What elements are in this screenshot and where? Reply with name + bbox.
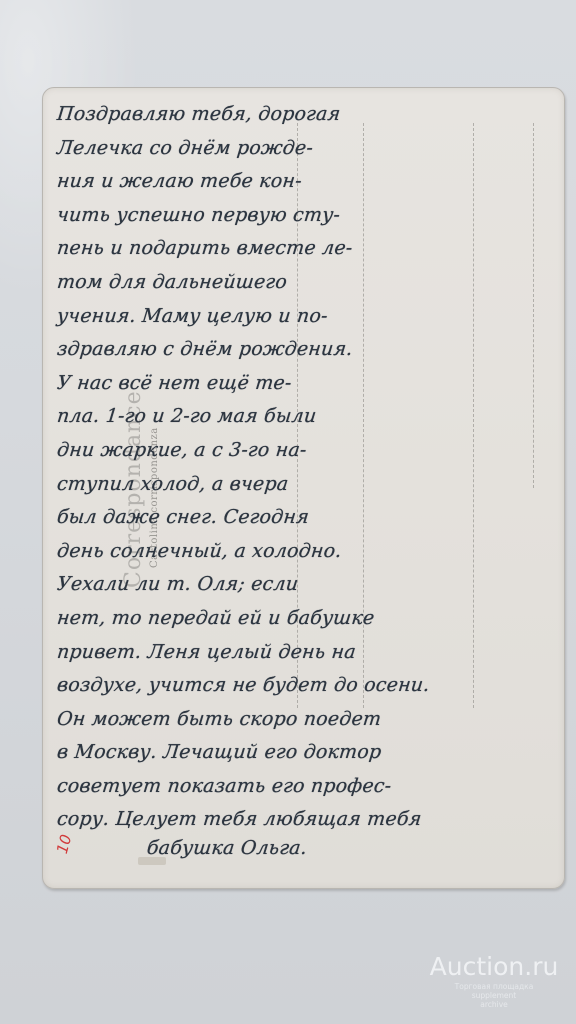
handwritten-line: бабушка Ольга. xyxy=(56,837,555,859)
handwritten-line: день солнечный, а холодно. xyxy=(55,535,556,569)
watermark-brand: Auction.ru xyxy=(416,952,572,982)
handwritten-line: в Москву. Лечащий его доктор xyxy=(55,736,556,770)
handwritten-line: У нас всё нет ещё те- xyxy=(55,367,556,401)
postcard: Correspondance Cartolina corrispondenza … xyxy=(42,87,565,889)
handwritten-line: ния и желаю тебе кон- xyxy=(55,165,556,199)
handwritten-line: пень и подарить вместе ле- xyxy=(55,232,556,266)
watermark-line-1: Торговая площадка xyxy=(416,982,572,991)
handwritten-line: нет, то передай ей и бабушке xyxy=(55,602,556,636)
handwritten-line: дни жаркие, а с 3-го на- xyxy=(55,434,556,468)
handwritten-line: сору. Целует тебя любящая тебя xyxy=(55,803,556,837)
handwritten-line: ступил холод, а вчера xyxy=(55,468,556,502)
handwritten-line: Поздравляю тебя, дорогая xyxy=(55,98,556,132)
paper-smudge xyxy=(138,857,166,865)
watermark-line-3: archive xyxy=(416,1000,572,1009)
handwritten-line: Уехали ли т. Оля; если xyxy=(55,568,556,602)
handwritten-message: Поздравляю тебя, дорогая Лелечка со днём… xyxy=(57,98,554,859)
handwritten-line: пла. 1-го и 2-го мая были xyxy=(55,400,556,434)
watermark-line-2: supplement xyxy=(416,991,572,1000)
handwritten-line: советует показать его профес- xyxy=(55,770,556,804)
handwritten-line: Лелечка со днём рожде- xyxy=(55,132,556,166)
handwritten-line: привет. Леня целый день на xyxy=(55,636,556,670)
handwritten-line: том для дальнейшего xyxy=(55,266,556,300)
handwritten-line: здравляю с днём рождения. xyxy=(55,333,556,367)
handwritten-line: был даже снег. Сегодня xyxy=(55,501,556,535)
handwritten-line: Он может быть скоро поедет xyxy=(55,703,556,737)
auction-watermark: Auction.ru Торговая площадка supplement … xyxy=(416,952,572,1009)
handwritten-line: воздухе, учится не будет до осени. xyxy=(55,669,556,703)
handwritten-line: чить успешно первую сту- xyxy=(55,199,556,233)
handwritten-line: учения. Маму целую и по- xyxy=(55,300,556,334)
